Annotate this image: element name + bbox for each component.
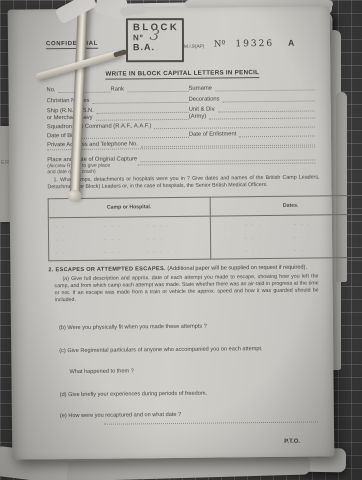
table-entries-row xyxy=(48,211,362,261)
question-b: (b) Were you physically fit when you mad… xyxy=(59,324,207,332)
handwritten-entry xyxy=(213,250,307,257)
section2-heading: 2. ESCAPES OR ATTEMPTED ESCAPES. (Additi… xyxy=(48,265,307,274)
stamp-line-no: Nº 3 xyxy=(133,33,182,42)
handwritten-entry xyxy=(149,146,297,156)
field-label-squadron: Squadron and Command (R.A.F., A.A.F.) xyxy=(47,123,154,130)
dates-column-entries xyxy=(210,214,362,259)
dotted-fill-line xyxy=(127,84,189,93)
handwritten-entry xyxy=(143,157,301,167)
handwritten-entry xyxy=(51,252,164,260)
table-header-row: Camp or Hospital. Dates. Camp Leader. De… xyxy=(48,192,362,218)
handwritten-entry xyxy=(195,105,311,114)
field-label-merchant-navy: or Merchant Navy xyxy=(47,115,96,122)
serial-number-group: Nº 19326 A xyxy=(214,38,294,50)
field-label-christian-names: Christian Names xyxy=(47,98,93,104)
form-reference: M.I.9(AP) xyxy=(184,45,204,50)
series-letter: A xyxy=(288,38,294,48)
handwritten-entry xyxy=(129,135,169,143)
stamp-no-prefix: Nº xyxy=(133,33,144,42)
handwritten-entry xyxy=(209,123,301,132)
photo-backdrop-grid-mat: ERS CONFIDENTIAL BLOCK Nº 3 B.A. M.I.9(A… xyxy=(0,0,362,480)
confidential-label: CONFIDENTIAL xyxy=(46,41,98,50)
col-header-dates: Dates. xyxy=(210,195,362,216)
handwritten-block-number: 3 xyxy=(149,25,162,44)
field-label-rank: Rank xyxy=(110,86,127,92)
dotted-fill-line xyxy=(92,95,188,104)
pto-label: P.T.O. xyxy=(284,439,300,445)
serial-number: 19326 xyxy=(235,39,274,49)
field-label-no: No. xyxy=(46,87,58,93)
dotted-fill-line xyxy=(95,112,188,121)
camp-column-entries xyxy=(48,216,210,261)
dotted-fill-line xyxy=(215,82,315,91)
question-d: (d) Give briefly your experiences during… xyxy=(60,391,207,399)
section1-instructions: 1. What camps, detachments or hospitals … xyxy=(47,174,319,191)
section2-title-note: (Additional paper will be supplied on re… xyxy=(167,265,307,272)
field-label-date-of-enlistment: Date of Enlistment xyxy=(189,131,239,138)
pencil-instruction: WRITE IN BLOCK CAPITAL LETTERS IN PENCIL xyxy=(66,69,298,78)
camps-table: Camp or Hospital. Dates. Camp Leader. De… xyxy=(48,192,362,262)
section2-title: 2. ESCAPES OR ATTEMPTED ESCAPES. xyxy=(48,266,166,273)
handwritten-entry xyxy=(253,361,311,370)
dotted-fill-line xyxy=(58,85,110,94)
field-row-no-rank-surname: No. Rank Surname xyxy=(46,82,314,93)
question-a: (a) Give full description and approx. da… xyxy=(54,273,318,304)
question-c-followup: What happened to them ? xyxy=(69,368,133,375)
block-stamp: BLOCK Nº 3 B.A. xyxy=(126,18,184,62)
serial-no-label: Nº xyxy=(214,39,226,49)
field-label-surname: Surname xyxy=(188,86,215,92)
handwritten-entry xyxy=(213,230,323,238)
field-label-army: (Army) xyxy=(189,114,209,120)
